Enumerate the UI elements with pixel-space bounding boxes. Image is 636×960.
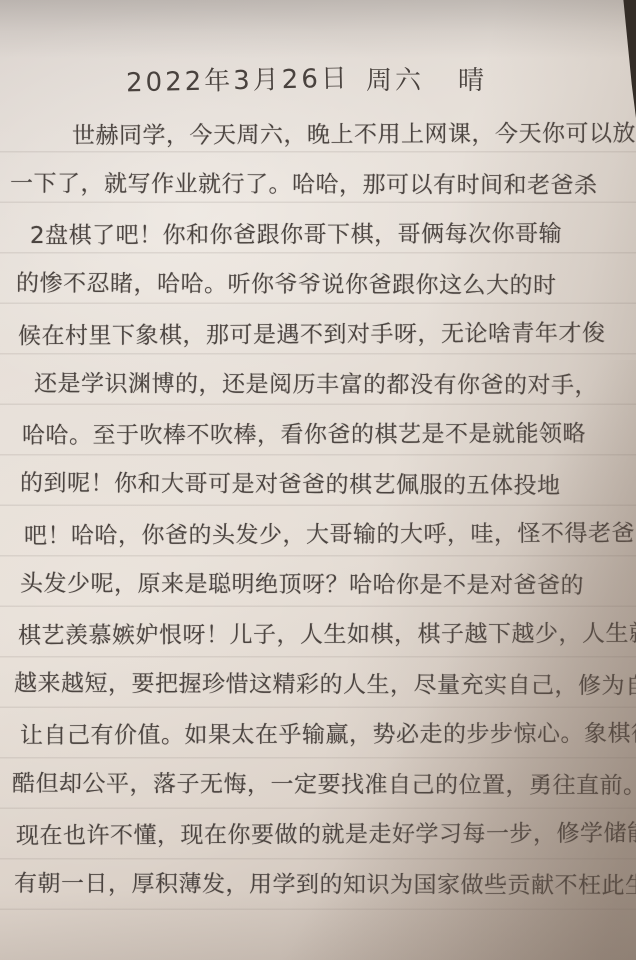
- letter-photo: 2022年3月26日 周六 晴 世赫同学，今天周六，晚上不用上网课，今天你可以放…: [0, 0, 636, 960]
- lower-right-shadow-overlay: [276, 360, 636, 960]
- bottom-shadow-overlay: [0, 890, 636, 960]
